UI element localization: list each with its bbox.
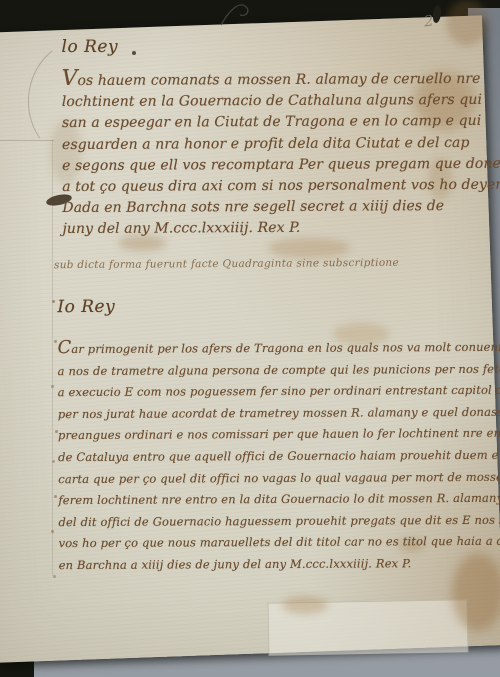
text-line: de Cataluya entro que aquell offici de G… <box>58 445 486 469</box>
stray-thread <box>218 0 262 26</box>
text-line: lochtinent en la Gouernacio de Cathaluna… <box>62 90 466 113</box>
text-line: del dit offici de Gouernacio haguessem p… <box>58 510 486 534</box>
text-line: per nos jurat haue acordat de trametrey … <box>58 402 486 426</box>
letter-block-2: Io Rey Car primogenit per los afers de T… <box>57 295 486 577</box>
text-line: ferem lochtinent nre entro en la dita Go… <box>58 488 486 512</box>
text-line: juny del any M.ccc.lxxxiiij. Rex P. <box>62 217 466 240</box>
text-line: vos ho per ço que nous marauellets del d… <box>59 531 487 555</box>
text-line: Vos hauem comanats a mossen R. alamay de… <box>62 66 466 92</box>
text-line: en Barchna a xiiij dies de juny del any … <box>59 553 487 577</box>
text-line: a nos de trametre alguna persona de comp… <box>58 358 486 382</box>
letter-block-1: lo Rey Vos hauem comanats a mossen R. al… <box>61 35 466 241</box>
text-line: carta que per ço quel dit offici no vaga… <box>58 466 486 490</box>
folio-number: 2 <box>423 12 434 31</box>
letter-heading: lo Rey <box>61 35 465 57</box>
text-line: a execucio E com nos poguessem fer sino … <box>58 380 486 404</box>
text-line: esguarden a nra honor e profit dela dita… <box>62 133 466 156</box>
text-line: a tot ço queus dira axi com si nos perso… <box>62 175 466 198</box>
letter-heading: Io Rey <box>57 295 485 317</box>
text-line: Dada en Barchna sots nre segell secret a… <box>62 196 466 219</box>
chancery-note: sub dicta forma fuerunt facte Quadragint… <box>54 257 399 271</box>
text-line: san a espeegar en la Ciutat de Tragona e… <box>62 111 466 134</box>
manuscript-scan: lo Rey Vos hauem comanats a mossen R. al… <box>0 0 500 677</box>
text-line: Car primogenit per los afers de Tragona … <box>57 335 485 361</box>
text-line: e segons que ell vos recomptara Per queu… <box>62 154 466 177</box>
text-line: preangues ordinari e nos comissari per q… <box>58 423 486 447</box>
